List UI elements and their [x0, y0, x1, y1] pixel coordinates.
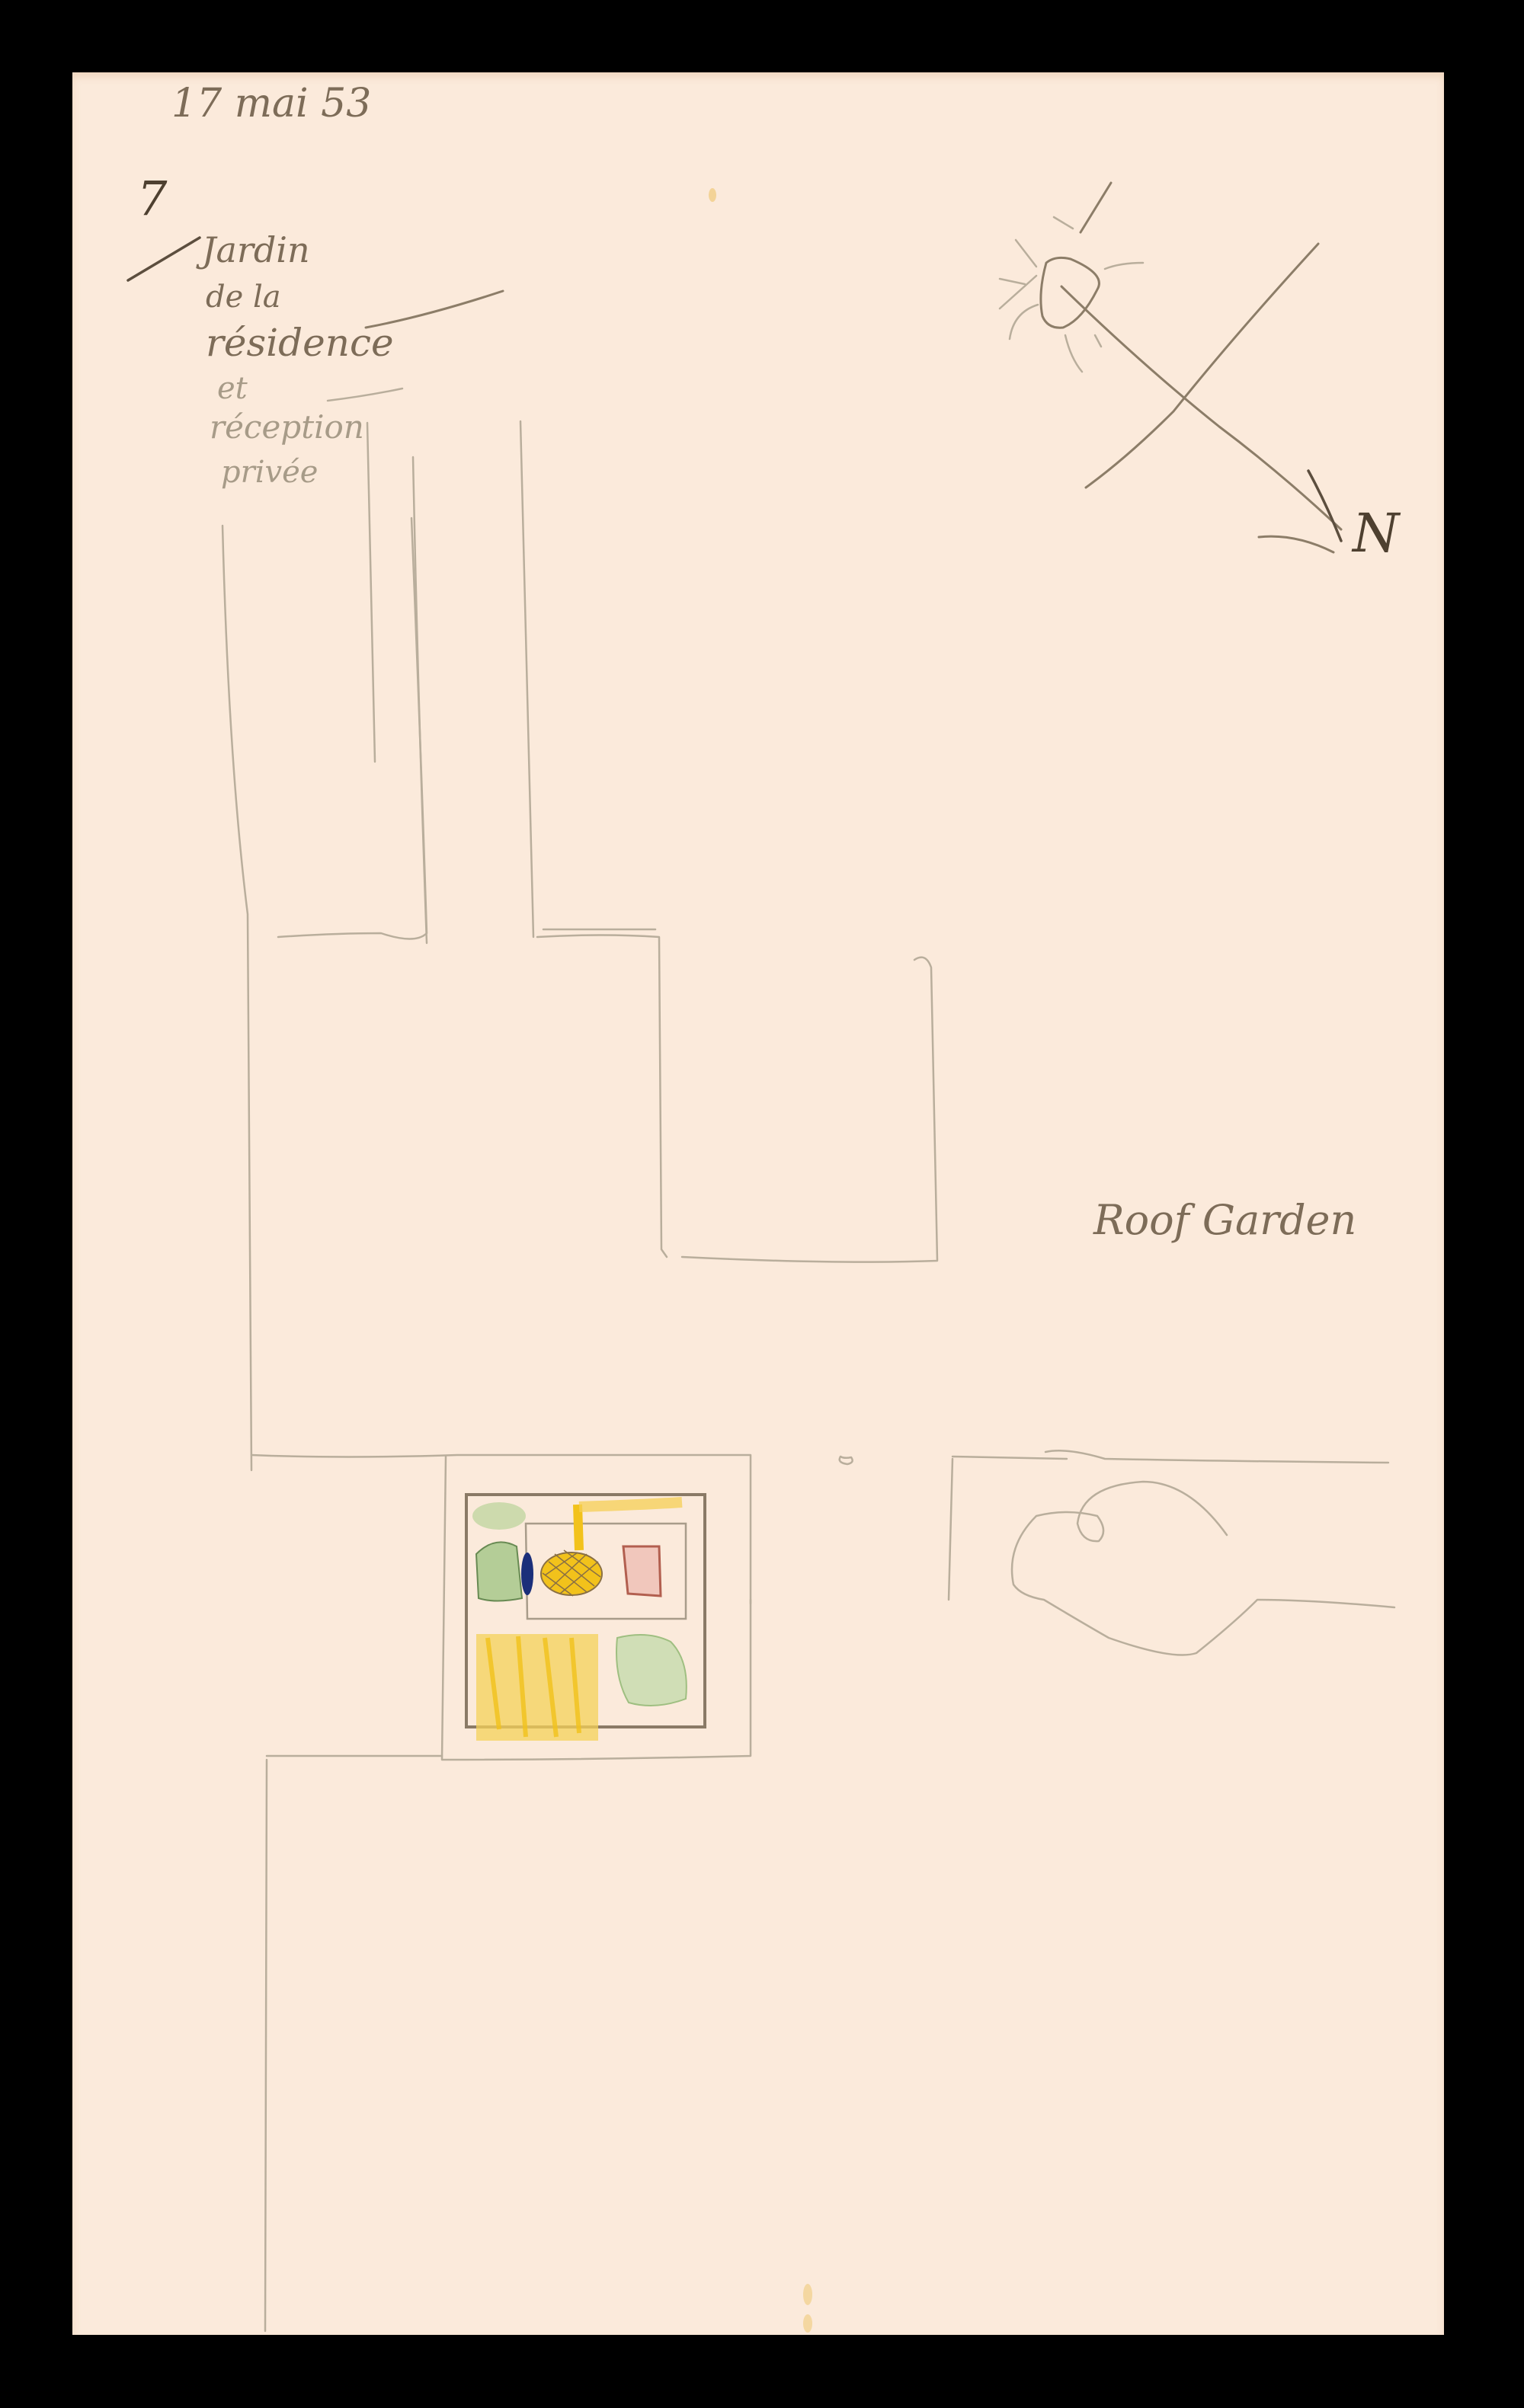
paper-stain — [803, 2314, 812, 2333]
plan-outline — [223, 421, 1394, 2331]
title-underline — [128, 238, 200, 280]
paper-stain — [803, 2284, 812, 2305]
garden-plan-colored — [466, 1495, 705, 1741]
paper-stain — [709, 188, 716, 202]
north-arrow-icon — [1061, 244, 1341, 552]
sketch-drawing — [0, 0, 1524, 2408]
